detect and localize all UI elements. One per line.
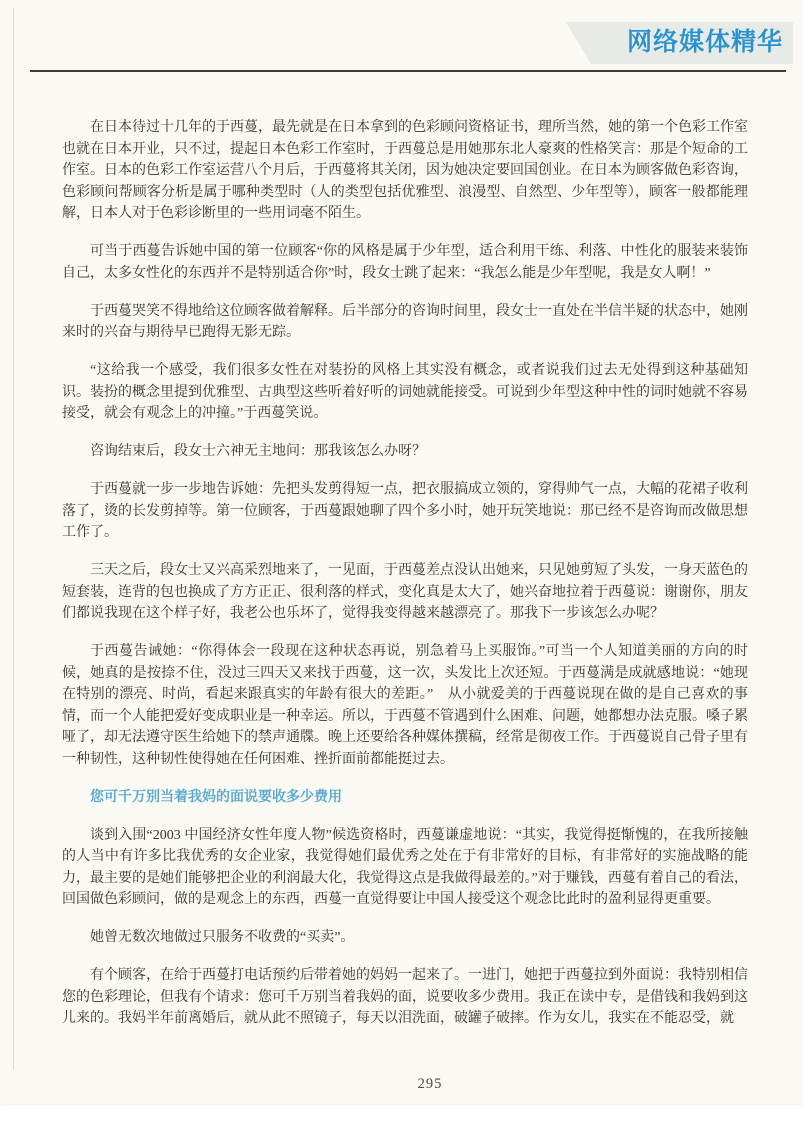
paragraph: 她曾无数次地做过只服务不收费的“买卖”。 — [62, 927, 748, 949]
scanned-book-page: 网络媒体精华 在日本待过十几年的于西蔓，最先就是在日本拿到的色彩顾问资格证书，理… — [0, 0, 803, 1129]
paragraph: 在日本待过十几年的于西蔓，最先就是在日本拿到的色彩顾问资格证书，理所当然，她的第… — [62, 117, 748, 225]
header-title: 网络媒体精华 — [566, 22, 793, 64]
paragraph: 三天之后，段女士又兴高采烈地来了，一见面，于西蔓差点没认出她来，只见她剪短了头发… — [62, 560, 748, 625]
page-number: 295 — [62, 1076, 798, 1093]
article-body: 在日本待过十几年的于西蔓，最先就是在日本拿到的色彩顾问资格证书，理所当然，她的第… — [62, 117, 748, 1046]
page-edge-line — [13, 8, 14, 1070]
paragraph: 可当于西蔓告诉她中国的第一位顾客“你的风格是属于少年型，适合利用干练、利落、中性… — [62, 241, 748, 284]
paragraph: 咨询结束后，段女士六神无主地问：那我该怎么办呀？ — [62, 441, 748, 463]
paragraph: 谈到入围“2003 中国经济女性年度人物”候选资格时，西蔓谦虚地说：“其实，我觉… — [62, 825, 748, 911]
header-banner: 网络媒体精华 — [566, 22, 793, 64]
paragraph: 于西蔓就一步一步地告诉她：先把头发剪得短一点，把衣服搞成立领的，穿得帅气一点，大… — [62, 479, 748, 544]
paragraph: 有个顾客，在给于西蔓打电话预约后带着她的妈妈一起来了。一进门，她把于西蔓拉到外面… — [62, 965, 748, 1030]
paragraph: “这给我一个感受，我们很多女性在对装扮的风格上其实没有概念，或者说我们过去无处得… — [62, 360, 748, 425]
header-rule — [30, 70, 786, 72]
paragraph: 于西蔓告诫她：“你得体会一段现在这种状态再说，别急着马上买服饰。”可当一个人知道… — [62, 641, 748, 770]
paragraph: 于西蔓哭笑不得地给这位顾客做着解释。后半部分的咨询时间里，段女士一直处在半信半疑… — [62, 301, 748, 344]
section-subheading: 您可千万别当着我妈的面说要收多少费用 — [62, 787, 748, 809]
page: 网络媒体精华 在日本待过十几年的于西蔓，最先就是在日本拿到的色彩顾问资格证书，理… — [0, 0, 803, 1104]
